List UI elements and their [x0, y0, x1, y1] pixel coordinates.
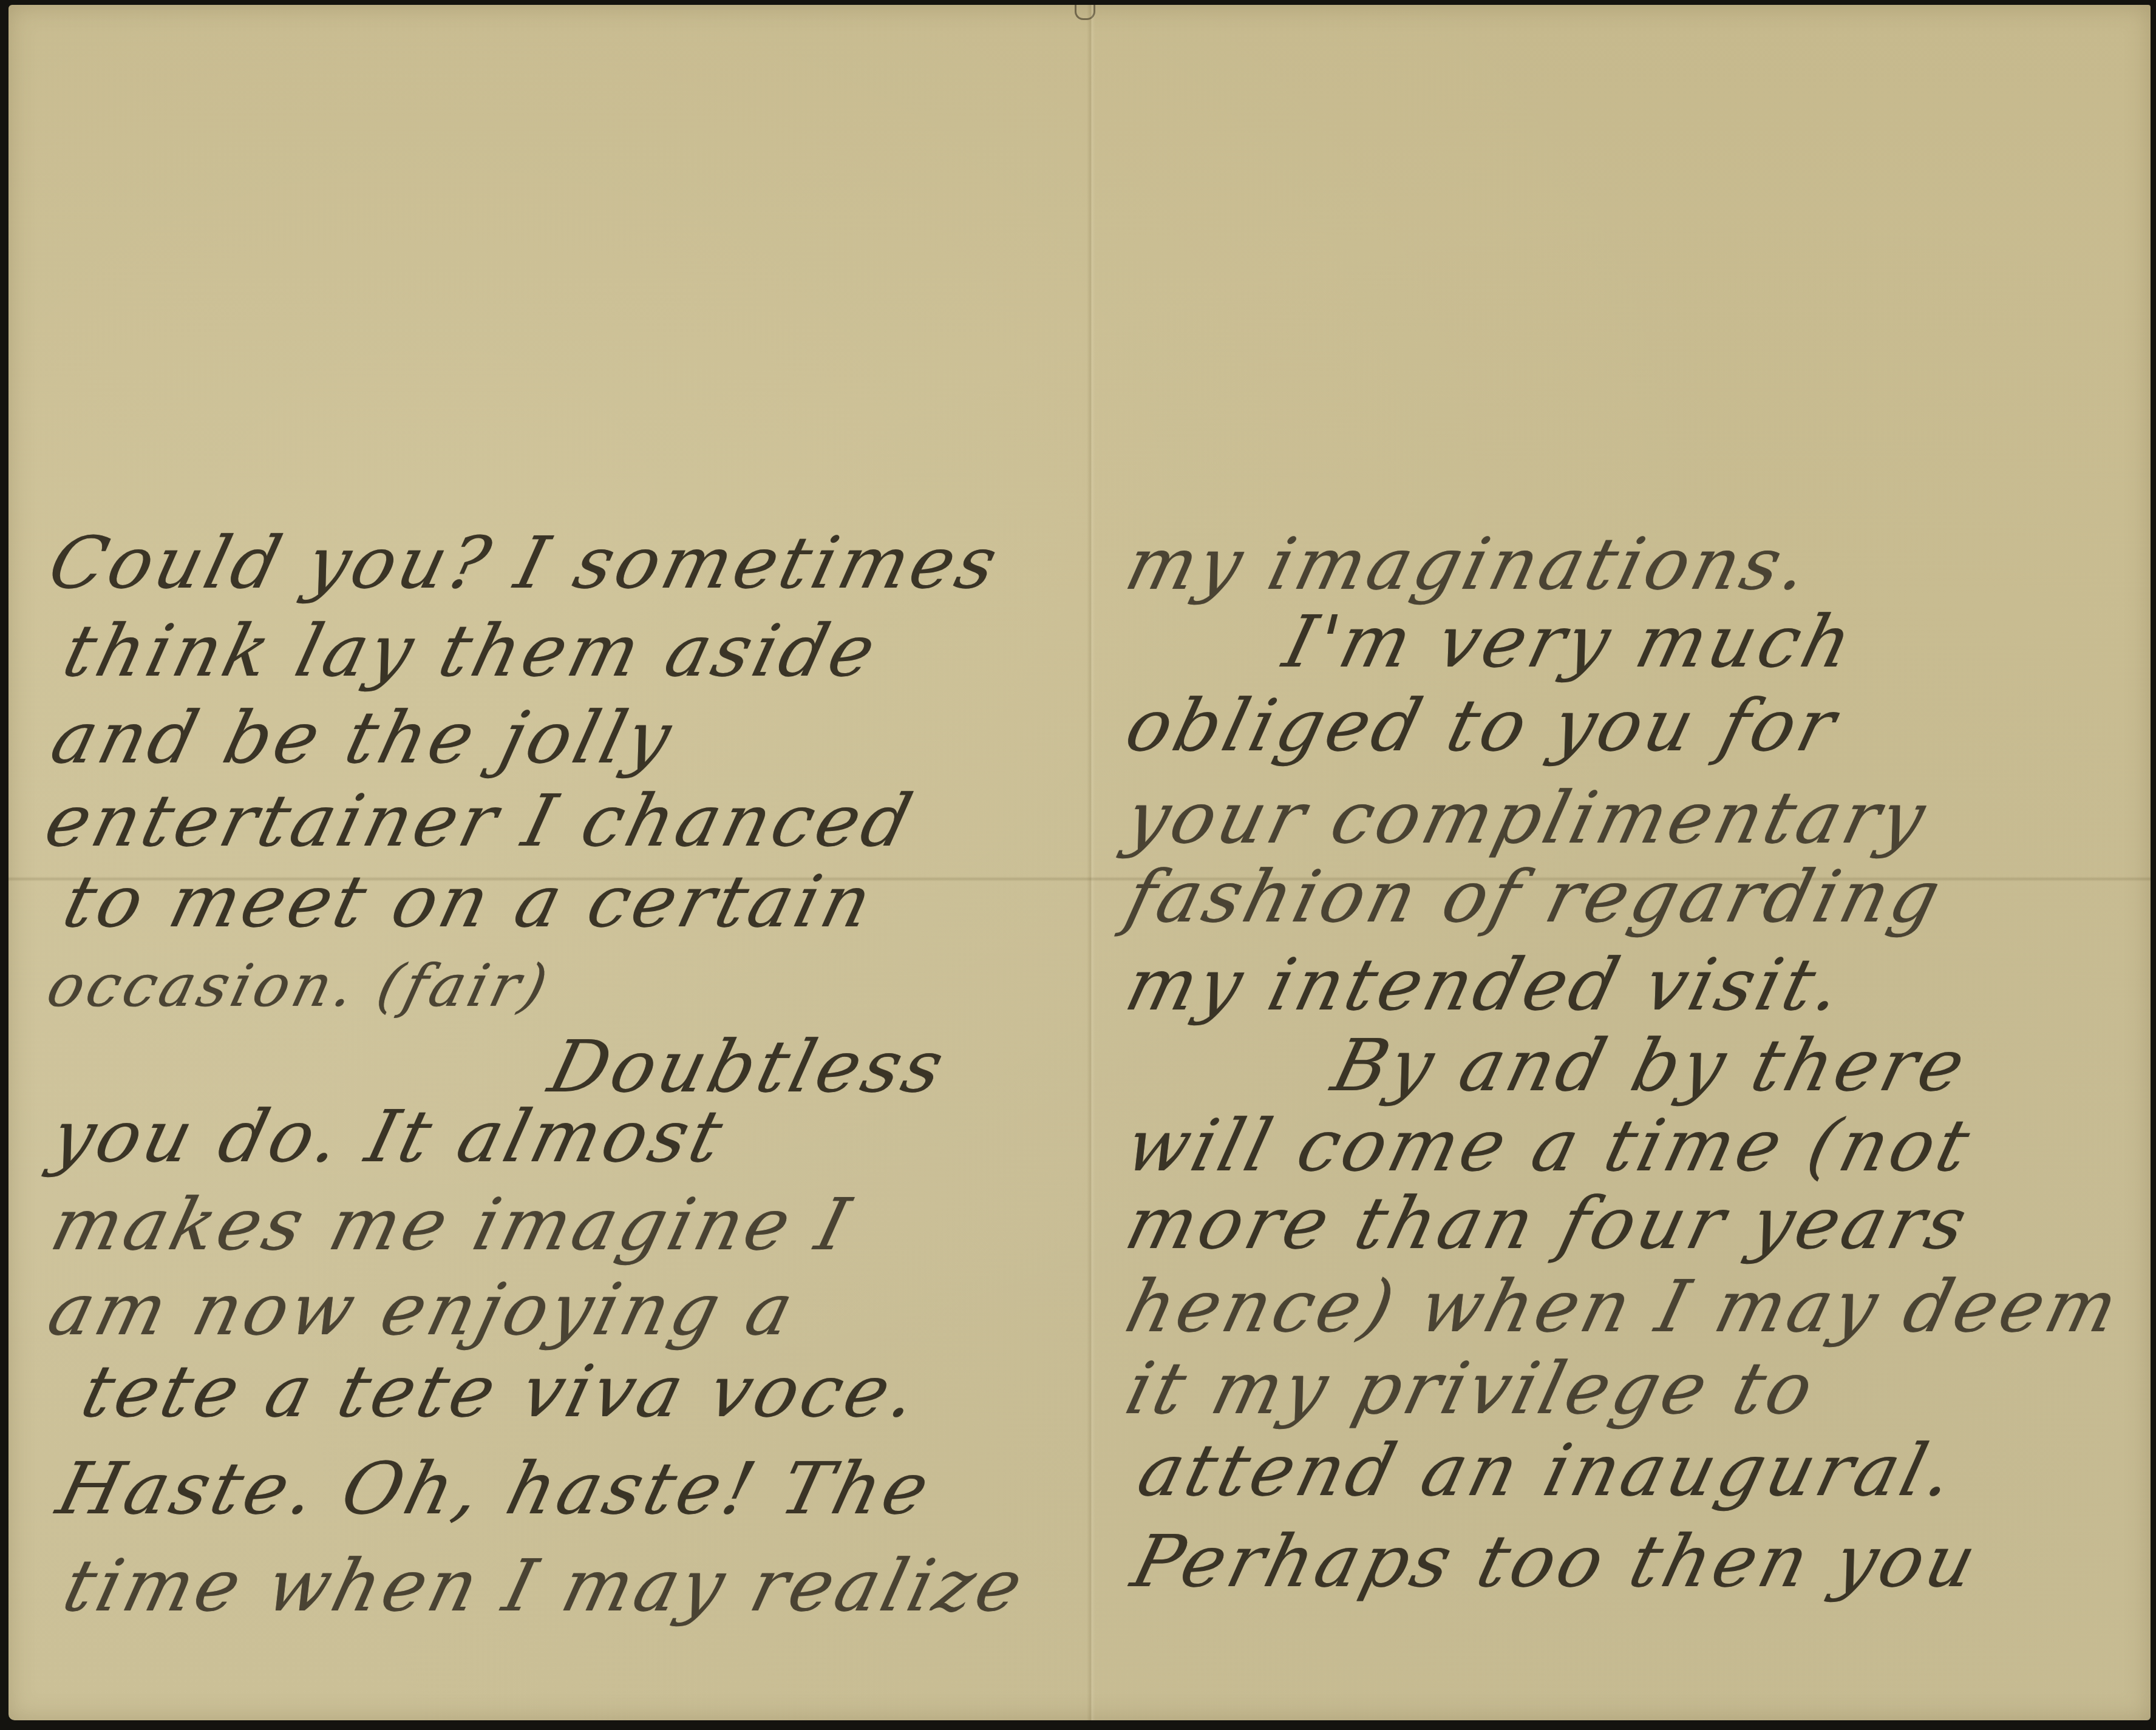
handwritten-line: my imaginations.: [1120, 528, 1818, 600]
letter-paper: Could you? I sometimes think lay them as…: [9, 5, 2151, 1720]
handwritten-line: it my privilege to: [1120, 1352, 1823, 1424]
handwritten-line: Could you? I sometimes: [43, 527, 1007, 599]
handwritten-line: attend an inaugural.: [1132, 1434, 1964, 1506]
handwritten-line: time when I may realize: [57, 1550, 1033, 1621]
handwritten-line: Perhaps too then you: [1126, 1525, 1986, 1597]
handwritten-line: you do. It almost: [45, 1101, 733, 1172]
handwritten-line: to meet on a certain: [57, 866, 882, 937]
vertical-fold-crease: [1087, 5, 1095, 1720]
handwritten-line: and be the jolly: [45, 702, 681, 773]
handwritten-line: hence) when I may deem: [1120, 1270, 2128, 1342]
handwritten-line: tete a tete viva voce.: [75, 1355, 927, 1427]
handwritten-line: obliged to you for: [1120, 690, 1846, 761]
handwritten-line: fashion of regarding: [1120, 861, 1950, 932]
handwritten-line: I'm very much: [1277, 606, 1862, 677]
handwritten-line: Doubtless: [543, 1031, 954, 1102]
handwritten-line: will come a time (not: [1120, 1110, 1979, 1181]
handwritten-line: By and by there: [1326, 1030, 1975, 1101]
handwritten-line: occasion. (fair): [42, 957, 556, 1015]
handwritten-line: Haste. Oh, haste! The: [51, 1453, 939, 1524]
handwritten-line: makes me imagine I: [45, 1189, 860, 1260]
handwritten-line: entertainer I chanced: [39, 785, 922, 857]
right-page: my imaginations. I'm very much obliged t…: [1095, 5, 2151, 1720]
handwritten-line: your complimentary: [1120, 782, 1936, 853]
handwritten-line: my intended visit.: [1120, 949, 1852, 1020]
left-page: Could you? I sometimes think lay them as…: [9, 5, 1087, 1720]
handwritten-line: more than four years: [1120, 1187, 1977, 1259]
handwritten-line: think lay them aside: [57, 615, 886, 687]
handwritten-line: am now enjoying a: [42, 1274, 803, 1345]
